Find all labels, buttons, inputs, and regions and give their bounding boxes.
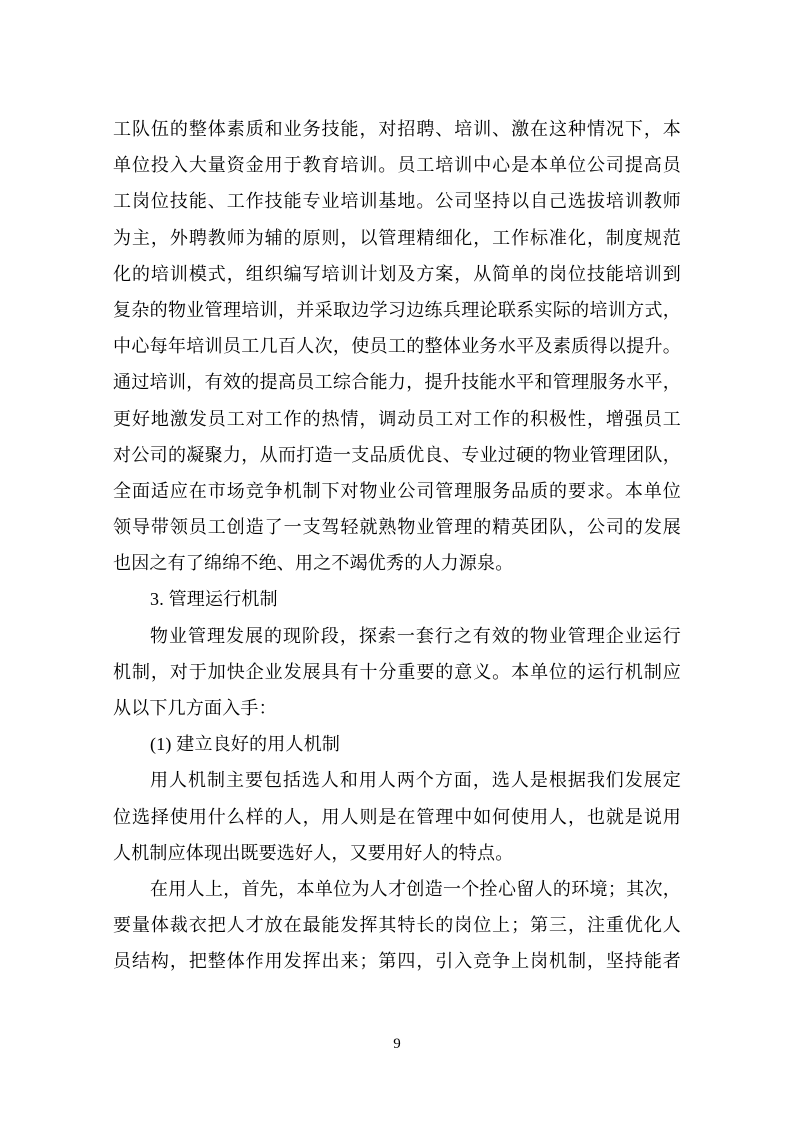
text-line: 机制，对于加快企业发展具有十分重要的意义。本单位的运行机制应 bbox=[113, 654, 681, 690]
text-line: 全面适应在市场竞争机制下对物业公司管理服务品质的要求。本单位 bbox=[113, 473, 681, 509]
text-line: 为主，外聘教师为辅的原则，以管理精细化，工作标准化，制度规范 bbox=[113, 220, 681, 256]
text-line: 员结构，把整体作用发挥出来；第四，引入竞争上岗机制，坚持能者 bbox=[113, 943, 681, 979]
text-line: 用人机制主要包括选人和用人两个方面，选人是根据我们发展定 bbox=[113, 762, 681, 798]
text-line: 也因之有了绵绵不绝、用之不竭优秀的人力源泉。 bbox=[113, 545, 681, 581]
text-line: 物业管理发展的现阶段，探索一套行之有效的物业管理企业运行 bbox=[113, 618, 681, 654]
text-line: 领导带领员工创造了一支驾轻就熟物业管理的精英团队，公司的发展 bbox=[113, 509, 681, 545]
subsection-heading: (1) 建立良好的用人机制 bbox=[113, 726, 681, 762]
text-line: 单位投入大量资金用于教育培训。员工培训中心是本单位公司提高员 bbox=[113, 147, 681, 183]
text-line: 复杂的物业管理培训，并采取边学习边练兵理论联系实际的培训方式， bbox=[113, 292, 681, 328]
text-line: 工岗位技能、工作技能专业培训基地。公司坚持以自己选拔培训教师 bbox=[113, 183, 681, 219]
text-line: 中心每年培训员工几百人次，使员工的整体业务水平及素质得以提升。 bbox=[113, 328, 681, 364]
text-line: 位选择使用什么样的人，用人则是在管理中如何使用人，也就是说用 bbox=[113, 799, 681, 835]
text-line: 工队伍的整体素质和业务技能，对招聘、培训、激在这种情况下，本 bbox=[113, 111, 681, 147]
text-line: 更好地激发员工对工作的热情，调动员工对工作的积极性，增强员工 bbox=[113, 401, 681, 437]
text-line: 化的培训模式，组织编写培训计划及方案，从简单的岗位技能培训到 bbox=[113, 256, 681, 292]
text-line: 从以下几方面入手： bbox=[113, 690, 681, 726]
document-page: 工队伍的整体素质和业务技能，对招聘、培训、激在这种情况下，本 单位投入大量资金用… bbox=[0, 0, 794, 1122]
text-line: 人机制应体现出既要选好人，又要用好人的特点。 bbox=[113, 835, 681, 871]
text-line: 对公司的凝聚力，从而打造一支品质优良、专业过硬的物业管理团队， bbox=[113, 437, 681, 473]
text-line: 要量体裁衣把人才放在最能发挥其特长的岗位上；第三，注重优化人 bbox=[113, 907, 681, 943]
text-line: 通过培训，有效的提高员工综合能力，提升技能水平和管理服务水平， bbox=[113, 364, 681, 400]
document-body: 工队伍的整体素质和业务技能，对招聘、培训、激在这种情况下，本 单位投入大量资金用… bbox=[113, 111, 681, 980]
page-number: 9 bbox=[0, 1034, 794, 1054]
text-line: 在用人上，首先，本单位为人才创造一个拴心留人的环境；其次， bbox=[113, 871, 681, 907]
section-heading: 3. 管理运行机制 bbox=[113, 581, 681, 617]
